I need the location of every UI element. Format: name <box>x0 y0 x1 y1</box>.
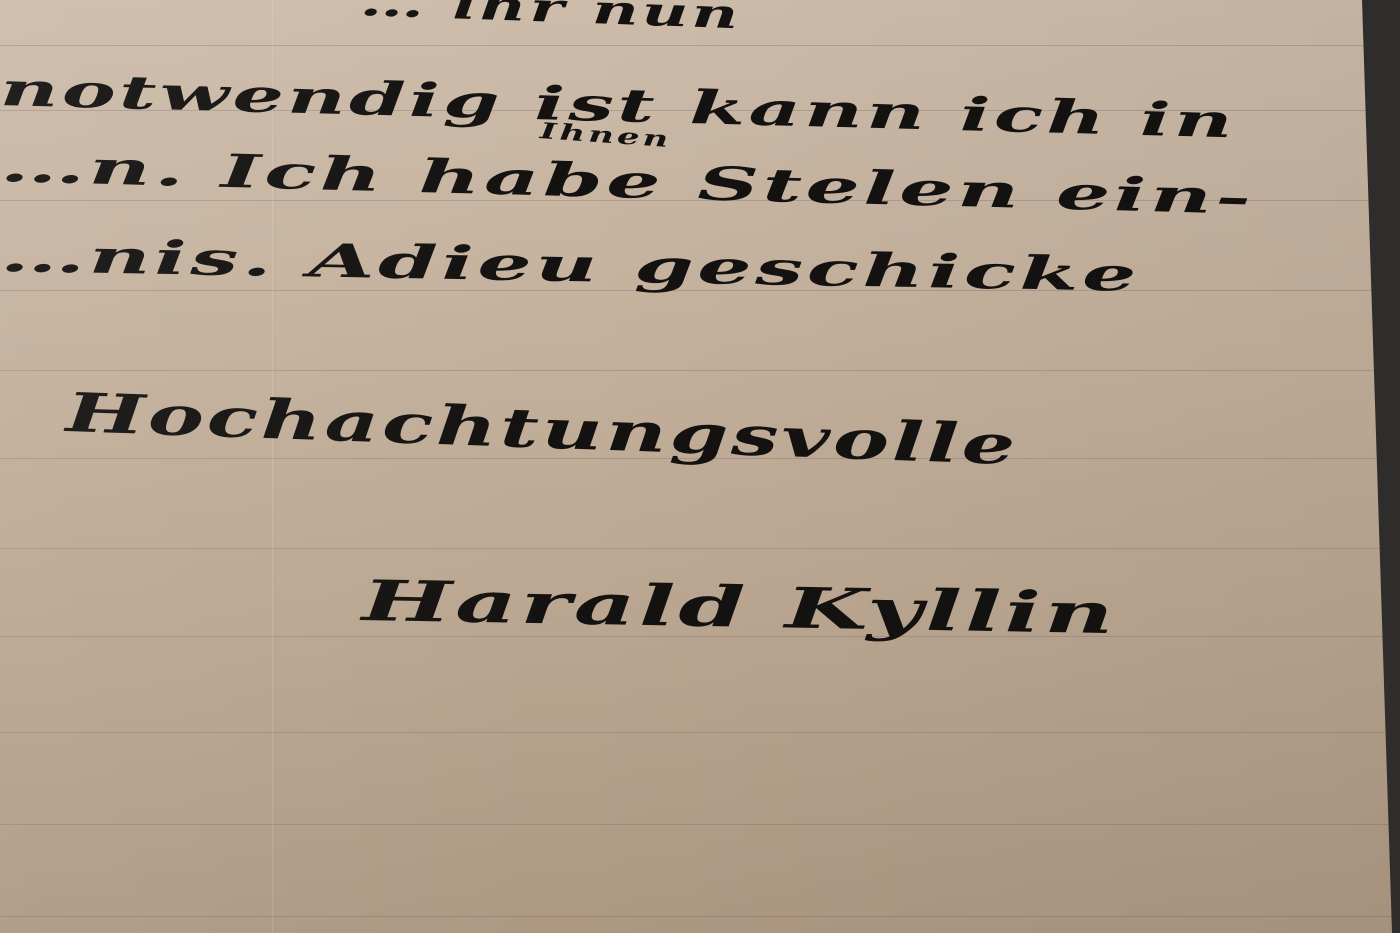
photo-scene: … ihr nun notwendig ist kann ich in Ihne… <box>0 0 1400 933</box>
letter-closing: Hochachtungsvolle <box>65 380 1019 477</box>
handwritten-line: … ihr nun <box>359 0 742 38</box>
letter-paper: … ihr nun notwendig ist kann ich in Ihne… <box>0 0 1400 933</box>
signature: Harald Kyllin <box>361 568 1117 647</box>
ruled-line <box>0 732 1400 733</box>
ruled-line <box>0 45 1400 46</box>
ruled-line <box>0 824 1400 825</box>
handwritten-line: …n. Ich habe Stelen ein- <box>0 138 1255 225</box>
fold-crease <box>272 0 275 933</box>
ruled-line <box>0 548 1400 549</box>
ruled-line <box>0 370 1400 371</box>
ruled-line <box>0 916 1400 917</box>
